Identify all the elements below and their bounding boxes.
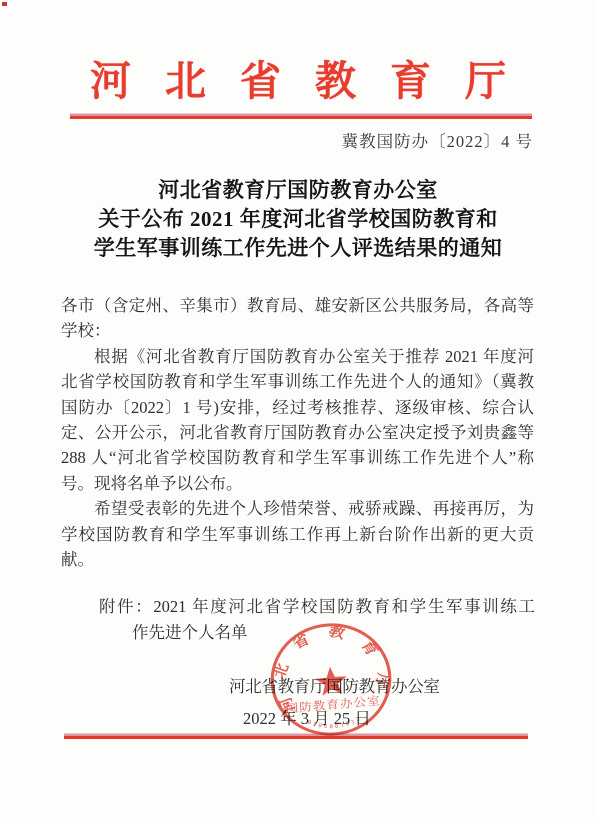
body-lines-line: 学校： [61, 318, 534, 343]
document-date: 2022 年 3 月 25 日 [243, 705, 371, 729]
official-document-page: 河北省教育厅 冀教国防办〔2022〕4 号 河北省教育厅国防教育办公室关于公布 … [0, 0, 596, 817]
header-red-rule [70, 116, 532, 119]
document-number: 冀教国防办〔2022〕4 号 [342, 128, 533, 152]
attachment-lines-line: 作先进个人名单 [99, 620, 535, 646]
title-lines-line: 学生军事训练工作先进个人评选结果的通知 [30, 234, 566, 263]
body-lines-line: 根据《河北省教育厅国防教育办公室关于推荐 2021 年度河 [61, 344, 534, 369]
body-lines-line: 北省学校国防教育和学生军事训练工作先进个人的通知》（冀教 [61, 369, 534, 394]
footer-red-rule [64, 736, 528, 739]
body-lines-line: 定、公开公示，河北省教育厅国防教育办公室决定授予刘贵鑫等 [61, 420, 534, 445]
document-title: 河北省教育厅国防教育办公室关于公布 2021 年度河北省学校国防教育和学生军事训… [30, 176, 566, 263]
title-lines-line: 关于公布 2021 年度河北省学校国防教育和 [30, 205, 566, 234]
body-lines-line: 希望受表彰的先进个人珍惜荣誉、戒骄戒躁、再接再厉，为 [61, 496, 534, 521]
scan-artifact-mark [2, 2, 7, 6]
document-body: 各市（含定州、辛集市）教育局、雄安新区公共服务局，各高等学校：根据《河北省教育厅… [61, 293, 534, 572]
attachment-lines-line: 附件：2021 年度河北省学校国防教育和学生军事训练工 [99, 594, 535, 620]
body-lines-line: 各市（含定州、辛集市）教育局、雄安新区公共服务局，各高等 [61, 293, 534, 318]
agency-header-title: 河北省教育厅 [0, 56, 596, 106]
body-lines-line: 国防办〔2022〕1 号)安排，经过考核推荐、逐级审核、综合认 [61, 395, 534, 420]
body-lines-line: 288 人“河北省学校国防教育和学生军事训练工作先进个人”称 [61, 445, 534, 470]
attachment-note: 附件：2021 年度河北省学校国防教育和学生军事训练工作先进个人名单 [99, 594, 535, 645]
body-lines-line: 学校国防教育和学生军事训练工作再上新台阶作出新的更大贡 [61, 522, 534, 547]
body-lines-line: 号。现将名单予以公布。 [61, 471, 534, 496]
issuing-office-signature: 河北省教育厅国防教育办公室 [229, 673, 440, 697]
body-lines-line: 献。 [61, 547, 534, 572]
title-lines-line: 河北省教育厅国防教育办公室 [30, 176, 566, 205]
